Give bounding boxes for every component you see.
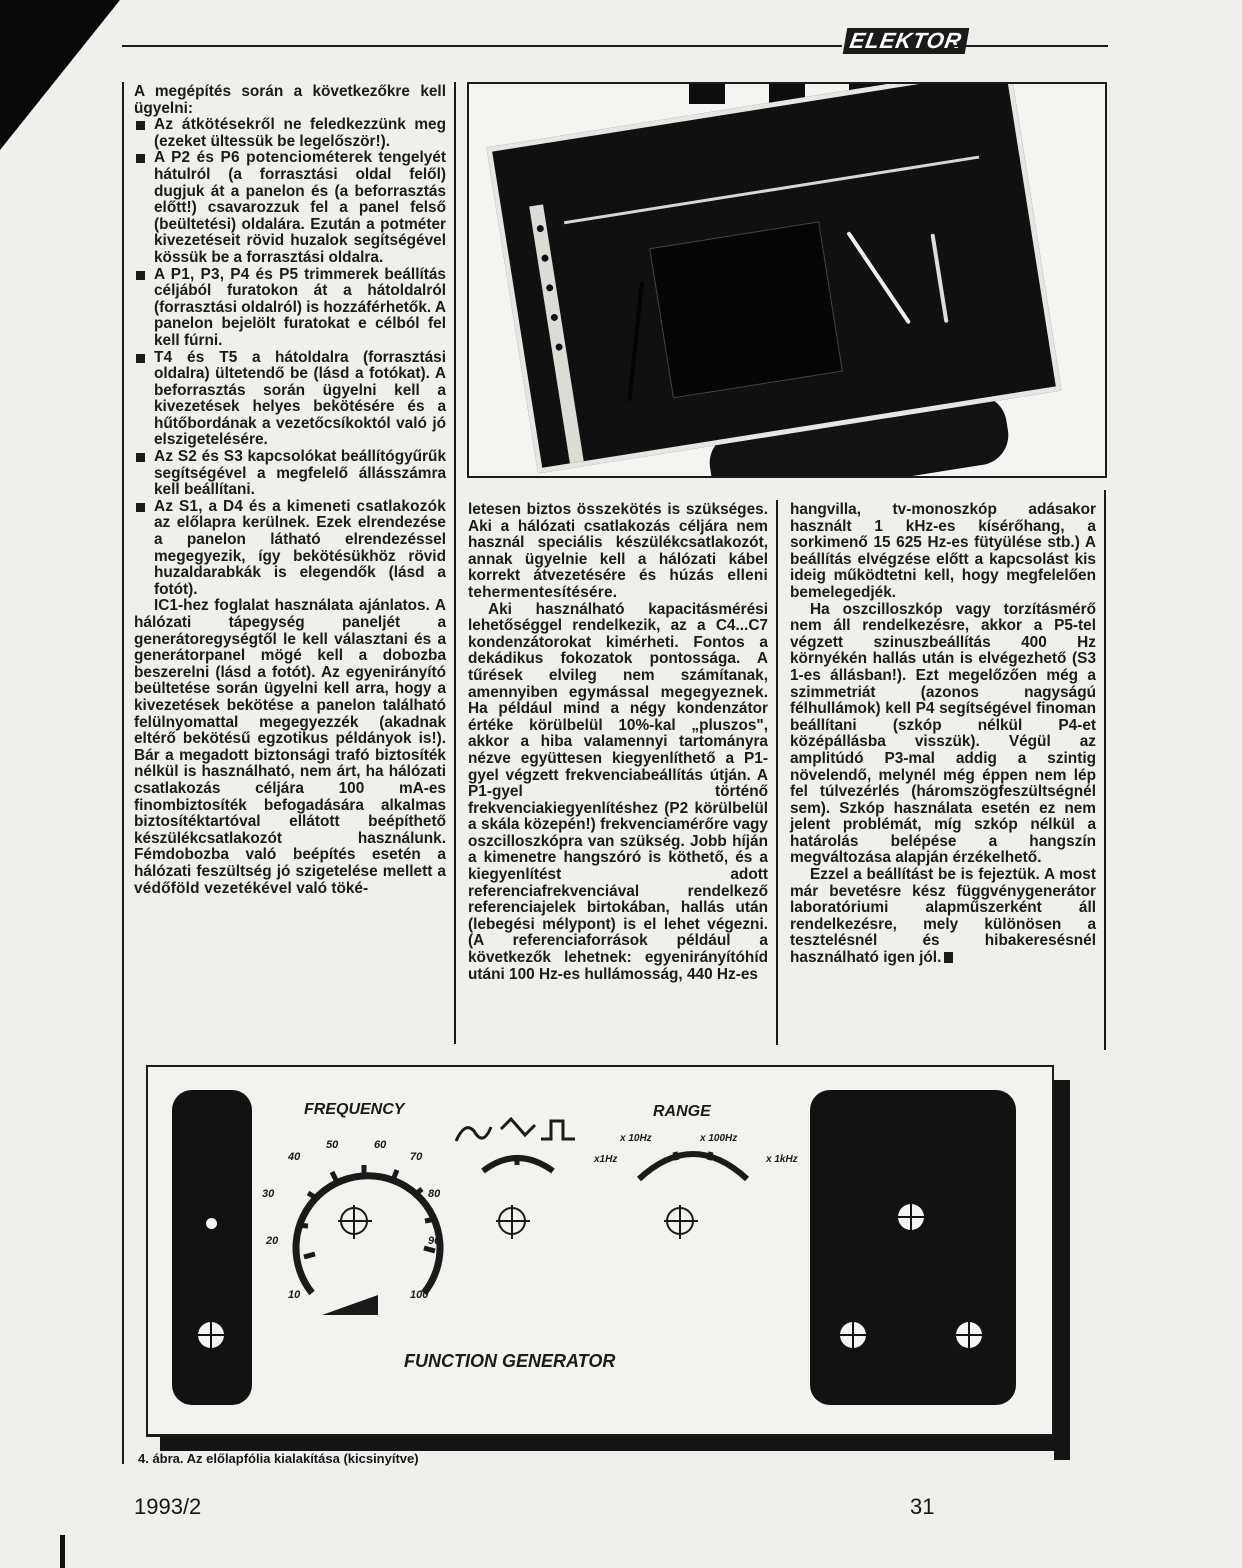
bullet-square-icon: [136, 121, 145, 130]
bullet-item: A P2 és P6 potenciométerek tengelyét hát…: [134, 150, 446, 266]
body-paragraph: Ha oszcilloszkóp vagy torzításmérő nem á…: [790, 602, 1096, 868]
range-label: RANGE: [653, 1103, 711, 1121]
column-rule-2: [776, 500, 778, 1045]
text-column-3: hangvilla, tv-monoszkóp adásakor használ…: [790, 502, 1096, 967]
scale-tick-label: 30: [262, 1188, 274, 1200]
scan-margin-mark: [60, 1535, 65, 1568]
led-hole-icon: [206, 1218, 217, 1229]
scale-tick-label: 70: [410, 1151, 422, 1163]
bullet-item: A P1, P3, P4 és P5 trimmerek beállítás c…: [134, 267, 446, 350]
scale-tick-label: 90: [428, 1235, 440, 1247]
column-rule-1: [454, 82, 456, 1044]
switch-hole-icon: [198, 1322, 224, 1348]
output-jack-hole-icon: [956, 1322, 982, 1348]
end-mark-icon: [944, 952, 953, 963]
bullet-square-icon: [136, 453, 145, 462]
figure-shadow-right: [1054, 1080, 1070, 1460]
body-paragraph: hangvilla, tv-monoszkóp adásakor használ…: [790, 502, 1096, 602]
bullet-item: Az S2 és S3 kapcsolókat beállítógyűrűk s…: [134, 449, 446, 499]
text-column-2: letesen biztos összekötés is szükséges. …: [468, 502, 768, 983]
photo-rail: [529, 204, 584, 463]
bullet-square-icon: [136, 154, 145, 163]
bullet-item: Az átkötésekről ne feledkezzünk meg (eze…: [134, 117, 446, 150]
body-paragraph: IC1-hez foglalat használata ajánlatos. A…: [134, 598, 446, 897]
photo-knob: [689, 82, 725, 104]
body-paragraph: Aki használható kapacitásmérési lehetősé…: [468, 602, 768, 984]
issue-number: 1993/2: [134, 1494, 201, 1520]
scale-tick-label: 60: [374, 1139, 386, 1151]
panel-title: FUNCTION GENERATOR: [404, 1351, 615, 1372]
bullet-item: T4 és T5 a hátoldalra (forrasztási oldal…: [134, 350, 446, 450]
range-tick-label: x1Hz: [594, 1154, 617, 1165]
page-number: 31: [910, 1494, 934, 1520]
left-panel-cutout: [172, 1090, 252, 1405]
level-wedge-icon: [322, 1295, 378, 1317]
scale-tick-label: 40: [288, 1151, 300, 1163]
scale-tick-label: 50: [326, 1139, 338, 1151]
scale-tick-label: 80: [428, 1188, 440, 1200]
header-rule-right: [950, 45, 1108, 47]
elektor-logo: ELEKTOR: [843, 28, 969, 54]
text-column-1: A megépítés során a következőkre kell üg…: [134, 84, 446, 897]
body-paragraph: letesen biztos összekötés is szükséges. …: [468, 502, 768, 602]
frequency-label: FREQUENCY: [304, 1101, 404, 1119]
range-tick-label: x 1kHz: [766, 1154, 798, 1165]
figure-shadow-bottom: [160, 1437, 1070, 1451]
bullet-item: Az S1, a D4 és a kimeneti csatlakozók az…: [134, 499, 446, 599]
photo-panel-edge: [564, 156, 979, 225]
frequency-knob-hole-icon: [340, 1207, 368, 1235]
output-jack-hole-icon: [898, 1204, 924, 1230]
column-rule-3: [1104, 490, 1106, 1050]
waveform-selector-scale-icon: [453, 1117, 593, 1197]
front-panel-figure: FREQUENCY 10 20 30 40 50 60 70 80 90 100: [146, 1065, 1054, 1437]
body-paragraph: Ezzel a beállítást be is fejeztük. A mos…: [790, 867, 1096, 967]
output-jack-hole-icon: [840, 1322, 866, 1348]
device-photo: [467, 82, 1107, 478]
photo-pcb: [649, 221, 843, 398]
bullet-square-icon: [136, 354, 145, 363]
scan-corner-shadow: [0, 0, 120, 150]
header-rule-left: [122, 45, 842, 47]
scale-tick-label: 10: [288, 1289, 300, 1301]
range-selector-scale-icon: [633, 1135, 753, 1185]
scale-tick-label: 100: [410, 1289, 428, 1301]
right-panel-cutout: [810, 1090, 1016, 1405]
bullet-square-icon: [136, 271, 145, 280]
intro-paragraph: A megépítés során a következőkre kell üg…: [134, 84, 446, 117]
range-knob-hole-icon: [666, 1207, 694, 1235]
bullet-square-icon: [136, 503, 145, 512]
scale-tick-label: 20: [266, 1235, 278, 1247]
waveform-knob-hole-icon: [498, 1207, 526, 1235]
left-margin-rule: [122, 82, 124, 1464]
figure-caption: 4. ábra. Az előlapfólia kialakítása (kic…: [138, 1451, 419, 1466]
